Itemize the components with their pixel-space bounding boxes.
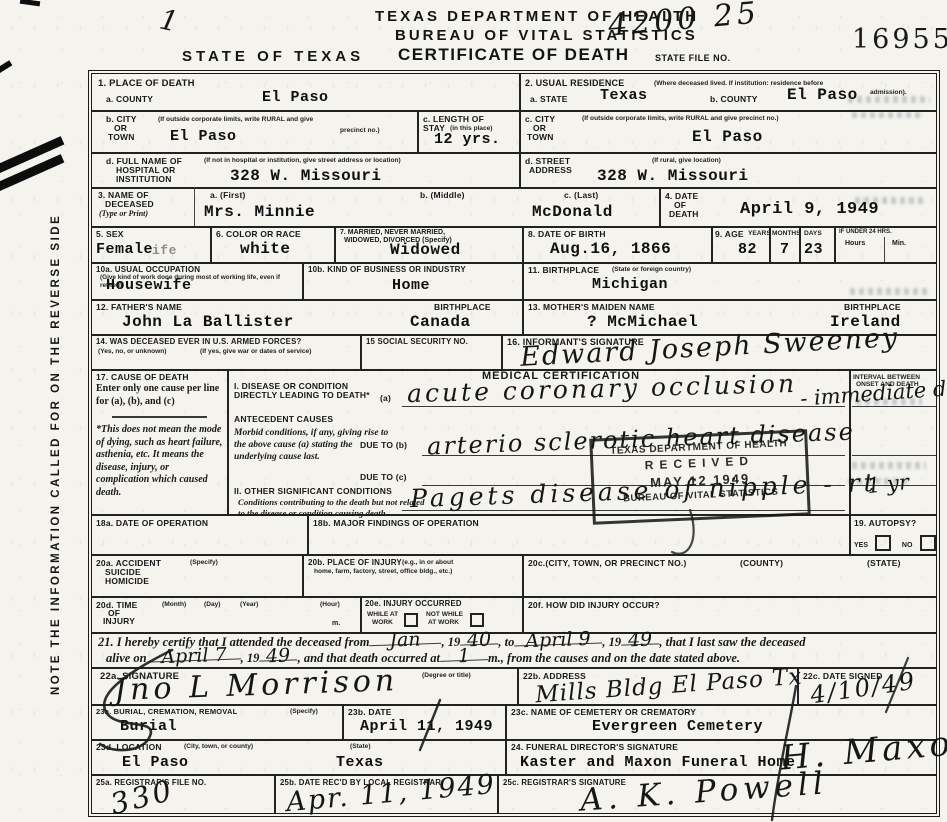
- statement-text: , 19: [602, 635, 621, 651]
- divider: [92, 110, 936, 112]
- scan-artifact-mark: [0, 60, 12, 74]
- field-2a-value: Texas: [600, 87, 648, 104]
- field-18a-label: 18a. DATE OF OPERATION: [96, 518, 208, 528]
- divider: [92, 262, 936, 264]
- divider: [834, 226, 836, 262]
- field-20b-label: 20b. PLACE OF INJURY: [308, 558, 402, 567]
- divider: [112, 416, 207, 418]
- divider: [522, 596, 524, 632]
- field-20e-wa2: WORK: [372, 619, 393, 626]
- field-2b-value: El Paso: [787, 86, 858, 104]
- autopsy-yes-label: YES: [854, 542, 868, 549]
- field-20e-nwa1: NOT WHILE: [426, 611, 463, 618]
- divider: [92, 596, 936, 598]
- field-20c-state: (STATE): [867, 558, 901, 568]
- field-20c-county: (COUNTY): [740, 558, 783, 568]
- divider: [92, 226, 936, 228]
- field-2-paren2: admission).: [870, 89, 907, 96]
- field-2d-paren: (If rural, give location): [652, 157, 721, 164]
- header-title: CERTIFICATE OF DEATH: [398, 45, 629, 65]
- field-2c-value: El Paso: [692, 128, 763, 146]
- stamped-file-number: 16955: [852, 24, 947, 55]
- autopsy-no-label: NO: [902, 542, 913, 549]
- scanned-death-certificate: 1 TEXAS DEPARTMENT OF HEALTH BUREAU OF V…: [0, 0, 947, 822]
- field-20b-paren2: home, farm, factory, street, office bldg…: [314, 568, 452, 575]
- field-20b-paren1: (e.g., in or about: [402, 559, 453, 566]
- field-23d-city: El Paso: [122, 754, 189, 771]
- divider: [360, 596, 362, 632]
- statement-text: , that I last saw the deceased: [659, 635, 805, 651]
- field-14-label: 14. WAS DECEASED EVER IN U.S. ARMED FORC…: [96, 337, 301, 346]
- field-12-birthplace-value: Canada: [410, 313, 471, 331]
- divider: [92, 299, 936, 301]
- field-2a-label: a. STATE: [530, 94, 568, 104]
- field-9-years-label: YEARS: [748, 230, 771, 237]
- field-23d-label: 23d. LOCATION: [96, 742, 162, 752]
- field-1c-value: 12 yrs.: [434, 131, 501, 148]
- field-23d-paren: (City, town, or county): [184, 743, 253, 750]
- statement-text: , to: [498, 635, 514, 651]
- divider: [522, 554, 524, 596]
- divider: [92, 152, 936, 154]
- field-3-last-value: McDonald: [532, 203, 613, 221]
- cause-a-handwriting: acute coronary occlusion: [407, 369, 798, 408]
- field-19-label: 19. AUTOPSY?: [854, 518, 916, 528]
- divider: [274, 774, 276, 813]
- funeral-home-typed: Kaster and Maxon Funeral Home: [520, 754, 796, 771]
- field-20f-label: 20f. HOW DID INJURY OCCUR?: [528, 600, 660, 610]
- field-1d-paren: (If not in hospital or institution, give…: [204, 157, 401, 164]
- field-23b-label: 23b. DATE: [348, 707, 392, 717]
- field-13-birthplace-label: BIRTHPLACE: [844, 302, 901, 312]
- field-1a-value: El Paso: [262, 89, 329, 106]
- divider: [360, 334, 362, 369]
- field-14-paren1: (Yes, no, or unknown): [98, 348, 167, 355]
- divider: [227, 369, 229, 514]
- field-17-note1: Enter only one cause per line for (a), (…: [96, 383, 224, 408]
- field-13-value: ? McMichael: [587, 313, 698, 331]
- divider: [92, 554, 936, 556]
- field-7-value: Widowed: [390, 241, 461, 259]
- state-file-no-label: STATE FILE NO.: [655, 53, 731, 63]
- statement-text: , 19: [241, 651, 260, 667]
- field-1-title: 1. PLACE OF DEATH: [98, 78, 195, 89]
- not-while-at-work-checkbox: [470, 613, 484, 627]
- field-20e-label: 20e. INJURY OCCURRED: [365, 599, 462, 608]
- interval-handwriting: 1 yr: [866, 470, 910, 498]
- field-11-value: Michigan: [592, 276, 668, 293]
- field-2b-label: b. COUNTY: [710, 94, 758, 104]
- field-6-label: 6. COLOR OR RACE: [216, 229, 301, 239]
- field-1d-label3: INSTITUTION: [116, 174, 172, 184]
- field-9-months-label: MONTHS: [772, 230, 801, 237]
- handwritten-top-mark: 1: [157, 3, 181, 39]
- medcert-ii-label: II. OTHER SIGNIFICANT CONDITIONS: [234, 486, 392, 496]
- field-13-label: 13. MOTHER'S MAIDEN NAME: [528, 302, 655, 312]
- field-7-label: 7. MARRIED, NEVER MARRIED,: [340, 229, 445, 236]
- date-received-handwriting: Apr. 11, 1949: [285, 769, 497, 818]
- field-5-value: Female: [96, 241, 153, 258]
- field-17-title: 17. CAUSE OF DEATH: [96, 372, 189, 382]
- field-9-years: 82: [738, 241, 757, 258]
- medcert-due-b: DUE TO (b): [360, 440, 407, 450]
- field-20a-paren: (Specify): [190, 559, 218, 566]
- autopsy-no-checkbox: [920, 535, 936, 551]
- field-9-months: 7: [780, 241, 790, 258]
- medcert-due-c: DUE TO (c): [360, 472, 407, 482]
- field-23a-paren: (Specify): [290, 708, 318, 715]
- medcert-a-tag: (a): [380, 393, 391, 403]
- divider: [497, 774, 499, 813]
- field-20e-nwa2: AT WORK: [428, 619, 459, 626]
- medcert-i-label2: DIRECTLY LEADING TO DEATH*: [234, 390, 370, 400]
- autopsy-options: YES NO: [854, 534, 936, 552]
- divider: [210, 226, 212, 262]
- header-state-of-texas: STATE OF TEXAS: [182, 48, 364, 65]
- attended-to-handwriting: April 9: [514, 634, 602, 646]
- field-9-under24-label: IF UNDER 24 HRS.: [839, 229, 892, 235]
- divider: [501, 334, 503, 369]
- field-23d-state-paren: (State): [350, 743, 371, 750]
- last-seen-date-handwriting: April 7: [146, 650, 240, 662]
- field-20c-label: 20c.(CITY, TOWN, OR PRECINCT NO.): [528, 558, 687, 568]
- field-1a-label: a. COUNTY: [106, 94, 153, 104]
- field-3-title2: DECEASED: [105, 199, 154, 209]
- field-10a-label: 10a. USUAL OCCUPATION: [96, 265, 200, 274]
- divider: [519, 74, 521, 187]
- field-9-days-label: DAYS: [804, 230, 822, 237]
- statement-text: m., from the causes and on the date stat…: [488, 651, 740, 667]
- divider: [92, 187, 936, 189]
- while-at-work-checkbox: [404, 613, 418, 627]
- field-3-middle-label: b. (Middle): [420, 190, 465, 200]
- field-9-days: 23: [804, 241, 823, 258]
- field-1b-paren: (If outside corporate limits, write RURA…: [158, 116, 313, 123]
- divider: [302, 262, 304, 299]
- field-1b-label-town: TOWN: [108, 132, 135, 142]
- field-2d-value: 328 W. Missouri: [597, 167, 749, 185]
- field-18b-label: 18b. MAJOR FINDINGS OF OPERATION: [313, 518, 479, 528]
- field-1d-value: 328 W. Missouri: [230, 167, 382, 185]
- field-23c-label: 23c. NAME OF CEMETERY OR CREMATORY: [511, 707, 696, 717]
- field-10a-value: Housewife: [106, 277, 192, 294]
- field-4-label3: DEATH: [669, 209, 699, 219]
- medcert-antecedent: ANTECEDENT CAUSES: [234, 414, 333, 424]
- field-11-paren: (State or foreign country): [612, 266, 691, 273]
- field-23a-value: Burial: [120, 718, 177, 735]
- field-8-label: 8. DATE OF BIRTH: [528, 229, 606, 239]
- divider: [517, 667, 519, 704]
- interval-line: [852, 455, 936, 456]
- statement-text: alive on: [106, 651, 147, 667]
- field-10b-value: Home: [392, 277, 430, 294]
- field-12-label: 12. FATHER'S NAME: [96, 302, 182, 312]
- scan-artifact-mark: [20, 0, 41, 6]
- statement-text: 21. I hereby certify that I attended the…: [98, 635, 369, 651]
- field-5-label: 5. SEX: [96, 229, 124, 239]
- informant-signature: Edward Joseph Sweeney: [519, 322, 899, 373]
- funeral-director-signature: H. Maxon: [779, 721, 947, 778]
- field-2c-label-town: TOWN: [527, 132, 554, 142]
- divider: [522, 226, 524, 262]
- field-9-label: 9. AGE: [715, 229, 744, 239]
- field-4-value: April 9, 1949: [740, 200, 879, 219]
- divider: [849, 514, 851, 554]
- field-10b-label: 10b. KIND OF BUSINESS OR INDUSTRY: [308, 265, 466, 274]
- divider: [522, 262, 524, 334]
- field-15-label: 15 SOCIAL SECURITY NO.: [366, 337, 468, 346]
- field-3-title3: (Type or Print): [99, 209, 148, 219]
- field-1b-value: El Paso: [170, 128, 237, 145]
- divider: [417, 110, 419, 152]
- field-9-min-label: Min.: [892, 240, 906, 247]
- field-6-value: white: [240, 240, 291, 258]
- field-20d-year: (Year): [240, 601, 258, 608]
- field-23a-label: 23a. BURIAL, CREMATION, REMOVAL: [96, 707, 237, 716]
- autopsy-yes-checkbox: [875, 535, 891, 551]
- field-20d-label3: INJURY: [103, 616, 135, 626]
- divider: [92, 632, 936, 634]
- field-17-note2: *This does not mean the mode of dying, s…: [96, 424, 224, 499]
- divider: [307, 514, 309, 554]
- field-12-birthplace-label: BIRTHPLACE: [434, 302, 491, 312]
- death-hour-handwriting: 1: [440, 651, 488, 662]
- field-11-label: 11. BIRTHPLACE: [528, 265, 599, 275]
- field-3-first-value: Mrs. Minnie: [204, 203, 315, 221]
- divider: [711, 226, 713, 262]
- certificate-form: 1. PLACE OF DEATH a. COUNTY El Paso 2. U…: [88, 70, 940, 817]
- field-23c-value: Evergreen Cemetery: [592, 718, 763, 735]
- field-23d-state: Texas: [336, 754, 384, 771]
- field-20d-day: (Day): [204, 601, 221, 608]
- field-20a-label3: HOMICIDE: [105, 576, 149, 586]
- field-24-label: 24. FUNERAL DIRECTOR'S SIGNATURE: [511, 742, 678, 752]
- field-2c-paren: (If outside corporate limits, write RURA…: [582, 115, 779, 122]
- divider: [659, 187, 661, 226]
- divider: [505, 704, 507, 774]
- last-seen-year-handwriting: 49: [259, 651, 297, 661]
- attended-from-handwriting: Jan: [369, 635, 441, 647]
- field-20d-m: m.: [332, 620, 340, 627]
- certification-statement-line2: alive on April 7 , 19 49 , and that deat…: [106, 651, 740, 667]
- year-to-handwriting: 49: [621, 635, 659, 645]
- field-2d-label2: ADDRESS: [529, 165, 572, 175]
- divider: [884, 237, 885, 262]
- field-3-first-label: a. (First): [210, 190, 246, 200]
- field-23b-value: April 11, 1949: [360, 718, 493, 735]
- divider: [342, 704, 344, 739]
- field-20d-hour: (Hour): [320, 601, 340, 608]
- reverse-side-note: NOTE THE INFORMATION CALLED FOR ON THE R…: [50, 305, 70, 695]
- divider: [302, 554, 304, 596]
- field-22a-paren: (Degree or title): [422, 672, 471, 679]
- field-9-hours-label: Hours: [845, 240, 865, 247]
- field-3-last-label: c. (Last): [564, 190, 598, 200]
- field-1b-paren2: precinct no.): [340, 127, 380, 134]
- field-20e-wa1: WHILE AT: [367, 611, 398, 618]
- field-5-ghost: ife: [152, 243, 177, 258]
- medcert-ii-sub: Conditions contributing to the death but…: [238, 497, 433, 519]
- divider: [194, 187, 195, 226]
- field-8-value: Aug.16, 1866: [550, 240, 671, 258]
- field-12-value: John La Ballister: [122, 313, 294, 331]
- divider: [334, 226, 336, 262]
- physician-signature: Jno L Morrison: [113, 663, 398, 708]
- field-14-paren2: (If yes, give war or dates of service): [200, 348, 311, 355]
- handwritten-file-number: 4200 25: [607, 0, 762, 44]
- field-20d-month: (Month): [162, 601, 186, 608]
